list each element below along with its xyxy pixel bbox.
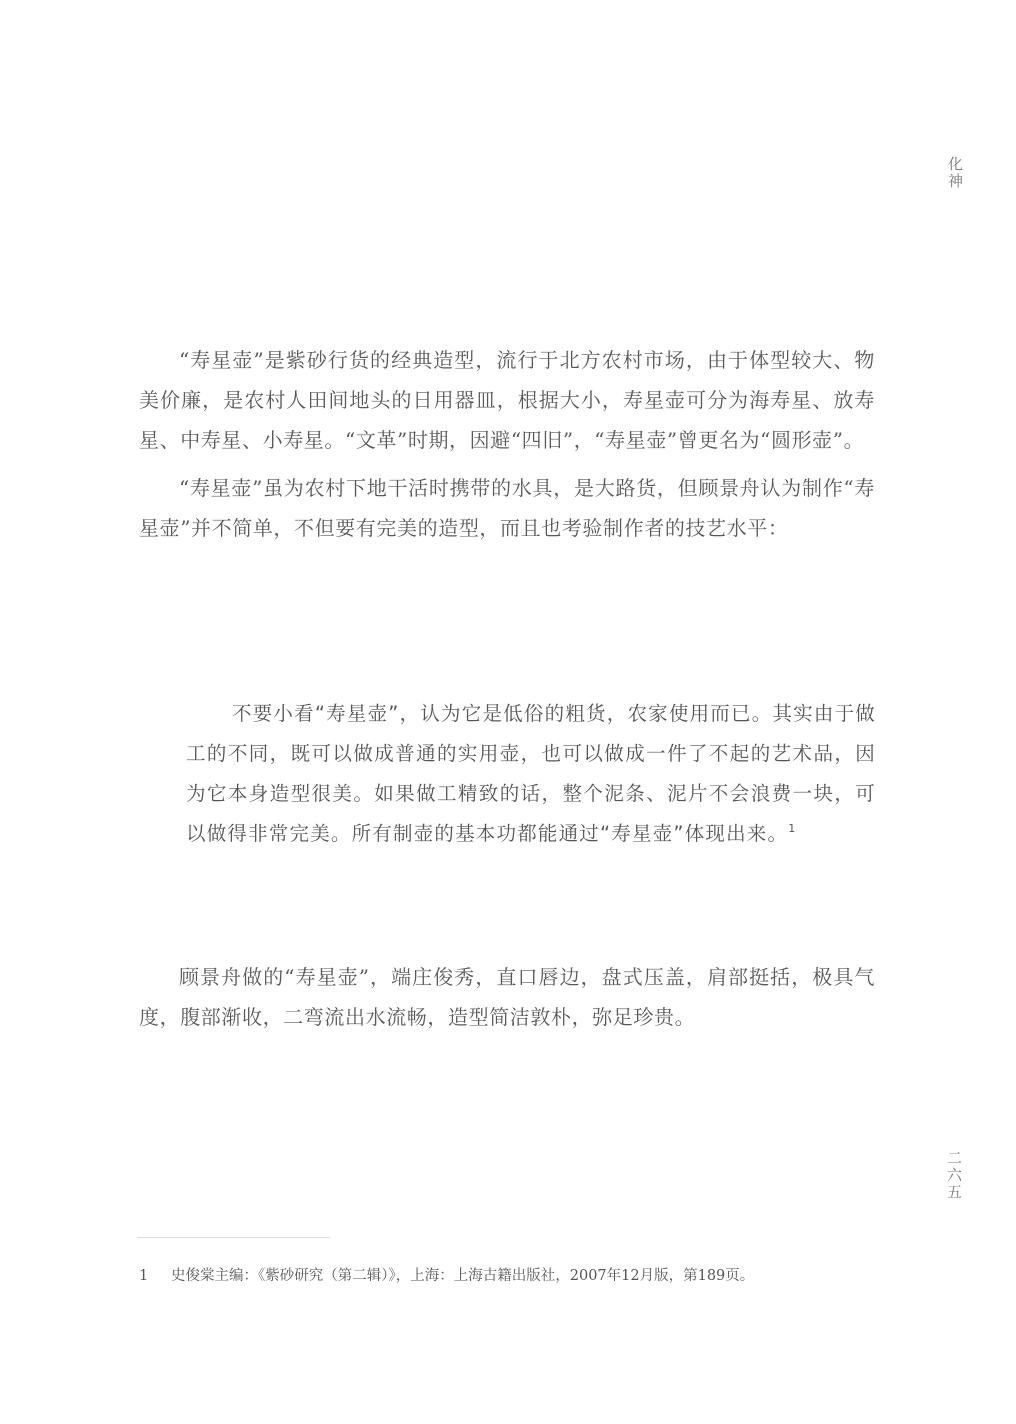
paragraph-1: “寿星壶”是紫砂行货的经典造型，流行于北方农村市场，由于体型较大、物美价廉，是农… <box>139 340 875 460</box>
page-number: 二六五 <box>943 1150 965 1201</box>
paragraph-2: “寿星壶”虽为农村下地干活时携带的水具，是大路货，但顾景舟认为制作“寿星壶”并不… <box>139 468 875 548</box>
footnote-divider <box>137 1237 330 1238</box>
footnote-text: 史俊棠主编：《紫砂研究（第二辑）》，上海：上海古籍出版社，2007年12月版，第… <box>171 1268 754 1284</box>
footnote-number: 1 <box>139 1265 171 1287</box>
paragraph-3: 顾景舟做的“寿星壶”，端庄俊秀，直口唇边，盘式压盖，肩部挺括，极具气度，腹部渐收… <box>139 957 875 1037</box>
footnote: 1史俊棠主编：《紫砂研究（第二辑）》，上海：上海古籍出版社，2007年12月版，… <box>139 1265 899 1287</box>
footnote-reference[interactable]: 1 <box>788 822 796 835</box>
block-quote: 不要小看“寿星壶”，认为它是低俗的粗货，农家使用而已。其实由于做工的不同，既可以… <box>186 694 876 854</box>
body-text: “寿星壶”是紫砂行货的经典造型，流行于北方农村市场，由于体型较大、物美价廉，是农… <box>139 340 875 548</box>
body-text-after-quote: 顾景舟做的“寿星壶”，端庄俊秀，直口唇边，盘式压盖，肩部挺括，极具气度，腹部渐收… <box>139 957 875 1037</box>
running-head: 化神 <box>945 156 967 190</box>
block-quote-text: 不要小看“寿星壶”，认为它是低俗的粗货，农家使用而已。其实由于做工的不同，既可以… <box>186 702 876 845</box>
